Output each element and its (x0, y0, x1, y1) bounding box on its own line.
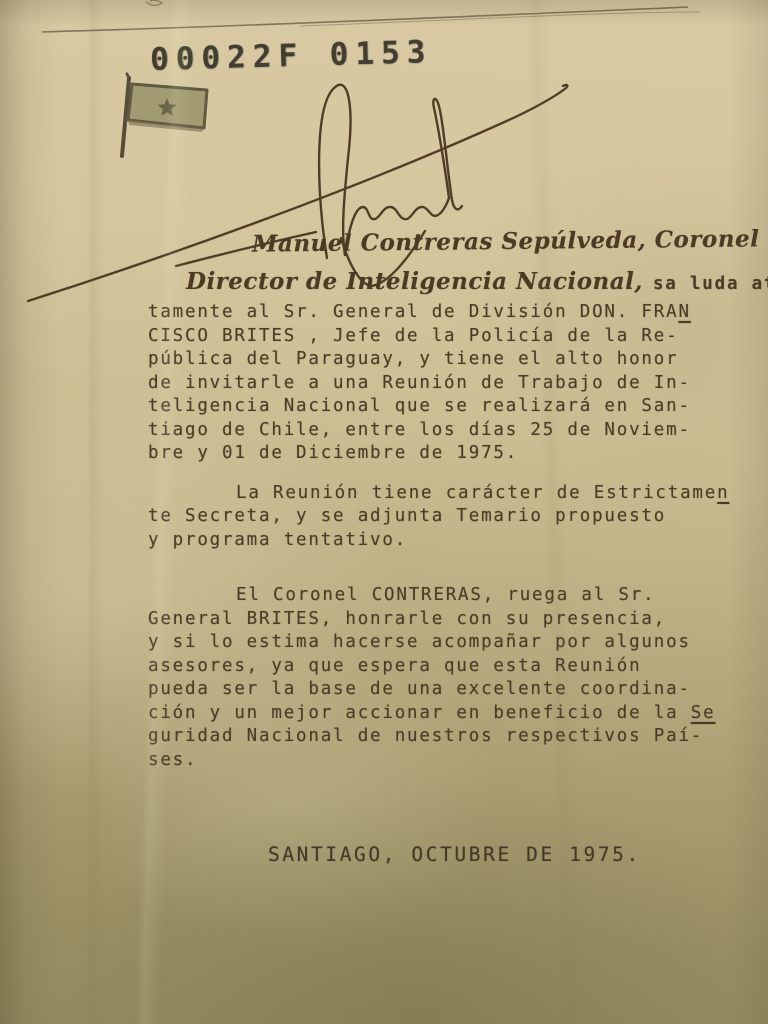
text-line: pueda ser la base de una excelente coord… (148, 678, 728, 702)
text-line: de invitarle a una Reunión de Trabajo de… (148, 372, 728, 396)
letterhead-name: Manuel Contreras Sepúlveda, Coronel (252, 225, 760, 257)
text-line: y programa tentativo. (148, 529, 728, 553)
letterhead-title: Director de Inteligencia Nacional, (186, 268, 643, 295)
text-line: asesores, ya que espera que esta Reunión (148, 655, 728, 679)
document-photo: 00022F 0153 Manuel Contreras Sepúlveda, … (0, 0, 768, 1024)
letter-body: tamente al Sr. General de División DON. … (148, 301, 728, 772)
text-line: guridad Nacional de nuestros respectivos… (148, 725, 728, 749)
text-line: pública del Paraguay, y tiene el alto ho… (148, 348, 728, 372)
text-line: bre y 01 de Diciembre de 1975. (148, 442, 728, 466)
paragraph: tamente al Sr. General de División DON. … (148, 301, 728, 466)
text-line: La Reunión tiene carácter de Estrictamen (148, 482, 728, 506)
date-line: SANTIAGO, OCTUBRE DE 1975. (268, 843, 641, 866)
text-line: CISCO BRITES , Jefe de la Policía de la … (148, 325, 728, 349)
text-line: tamente al Sr. General de División DON. … (148, 301, 728, 325)
salutation-continuation: sa luda aten- (653, 274, 768, 294)
text-line: tiago de Chile, entre los días 25 de Nov… (148, 419, 728, 443)
text-line: ses. (148, 749, 728, 773)
text-line: y si lo estima hacerse acompañar por alg… (148, 631, 728, 655)
text-line: General BRITES, honrarle con su presenci… (148, 608, 728, 632)
paragraph: La Reunión tiene carácter de Estrictamen… (148, 482, 728, 553)
text-line: teligencia Nacional que se realizará en … (148, 395, 728, 419)
text-line: El Coronel CONTRERAS, ruega al Sr. (148, 584, 728, 608)
text-line: te Secreta, y se adjunta Temario propues… (148, 505, 728, 529)
paragraph: El Coronel CONTRERAS, ruega al Sr.Genera… (148, 584, 728, 772)
letterhead-title-row: Director de Inteligencia Nacional,sa lud… (186, 268, 768, 295)
text-line: ción y un mejor accionar en beneficio de… (148, 702, 728, 726)
